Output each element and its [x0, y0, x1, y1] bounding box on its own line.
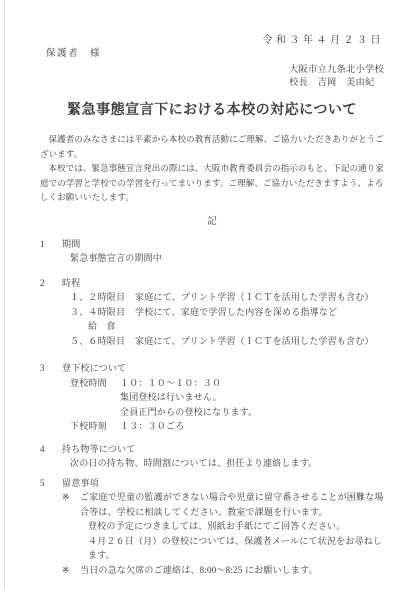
note-text: 当日の急な欠席のご連絡は、8:00～8:25 にお願いします。	[80, 563, 384, 578]
schedule-desc: 家庭にて、プリント学習（ＩＣＴを活用した学習も含む）	[135, 334, 374, 349]
schedule-label: ５、６時限目	[70, 334, 135, 349]
note-row: ※ 当日の急な欠席のご連絡は、8:00～8:25 にお願いします。	[40, 563, 384, 578]
commute-label	[70, 390, 120, 405]
commute-row: 集団登校は行いません。	[40, 390, 384, 405]
section-number: 5	[40, 476, 62, 491]
section-period: 1 期間 緊急事態宣言の期間中	[40, 237, 384, 266]
section-belongings: 4 持ち物等について 次の日の持ち物、時間割については、担任より連絡します。	[40, 442, 384, 471]
section-number: 2	[40, 276, 62, 291]
principal-name: 校長 吉岡 美由紀	[289, 77, 384, 90]
schedule-row: ５、６時限目 家庭にて、プリント学習（ＩＣＴを活用した学習も含む）	[40, 334, 384, 349]
section-heading-row: 4 持ち物等について	[40, 442, 384, 457]
schedule-label: ３、４時限目	[70, 305, 135, 320]
schedule-label: 給 食	[88, 319, 116, 334]
section-heading-row: 1 期間	[40, 237, 384, 252]
greeting-paragraph-2: 本校では、緊急事態宣言発出の際には、大阪市教育委員会の指示のもと、下記の通り家庭…	[40, 161, 384, 205]
commute-value: 集団登校は行いません。	[120, 390, 222, 405]
commute-label	[70, 405, 120, 420]
note-text: ご家庭で児童の監護ができない場合や児童に留守番させることが困難な場合等は、学校に…	[80, 490, 384, 519]
section-heading: 留意事項	[62, 476, 99, 491]
commute-value: １０：１０～１０：３０	[120, 376, 221, 391]
record-marker: 記	[40, 216, 384, 229]
section-heading: 登下校について	[62, 361, 126, 376]
section-heading: 期間	[62, 237, 80, 252]
section-body: 緊急事態宣言の期間中	[40, 251, 384, 266]
note-row: ※ ご家庭で児童の監護ができない場合や児童に留守番させることが困難な場合等は、学…	[40, 490, 384, 519]
section-notes: 5 留意事項 ※ ご家庭で児童の監護ができない場合や児童に留守番させることが困難…	[40, 476, 384, 578]
section-heading: 時程	[62, 276, 80, 291]
section-number: 1	[40, 237, 62, 252]
section-commute: 3 登下校について 登校時間 １０：１０～１０：３０ 集団登校は行いません。 全…	[40, 361, 384, 434]
note-row: 登校の予定につきましては、別紙お手紙にてご回答ください。	[40, 519, 384, 534]
note-text: 登校の予定につきましては、別紙お手紙にてご回答ください。	[88, 519, 384, 534]
schedule-desc: 家庭にて、プリント学習（ＩＣＴを活用した学習も含む）	[135, 290, 374, 305]
section-number: 3	[40, 361, 62, 376]
commute-label: 登校時間	[70, 376, 120, 391]
schedule-row: ３、４時限目 学校にて、家庭で学習した内容を深める指導など	[40, 305, 384, 320]
section-body: 次の日の持ち物、時間割については、担任より連絡します。	[40, 456, 384, 471]
section-number: 4	[40, 442, 62, 457]
commute-value: 全員正門からの登校になります。	[120, 405, 257, 420]
commute-row: 下校時刻 １３：３０ごろ	[40, 419, 384, 434]
section-heading-row: 3 登下校について	[40, 361, 384, 376]
note-marker	[70, 534, 88, 563]
section-heading-row: 5 留意事項	[40, 476, 384, 491]
addressee-line: 保護者 様	[40, 48, 384, 61]
schedule-row: １、２時限目 家庭にて、プリント学習（ＩＣＴを活用した学習も含む）	[40, 290, 384, 305]
commute-value: １３：３０ごろ	[120, 419, 184, 434]
greeting-paragraphs: 保護者のみなさまには平素から本校の教育活動にご理解、ご協力いただきありがとうござ…	[40, 132, 384, 205]
document-title: 緊急事態宣言下における本校の対応について	[40, 102, 384, 119]
commute-row: 登校時間 １０：１０～１０：３０	[40, 376, 384, 391]
schedule-desc: 学校にて、家庭で学習した内容を深める指導など	[135, 305, 337, 320]
note-marker	[70, 519, 88, 534]
greeting-paragraph-1: 保護者のみなさまには平素から本校の教育活動にご理解、ご協力いただきありがとうござ…	[40, 132, 384, 161]
note-marker: ※	[62, 490, 80, 519]
document-date: 令和３年４月２３日	[40, 34, 384, 47]
schedule-label: １、２時限目	[70, 290, 135, 305]
commute-row: 全員正門からの登校になります。	[40, 405, 384, 420]
sender-block: 大阪市立九条北小学校 校長 吉岡 美由紀	[289, 64, 384, 89]
commute-label: 下校時刻	[70, 419, 120, 434]
school-name: 大阪市立九条北小学校	[289, 64, 384, 77]
note-marker: ※	[62, 563, 80, 578]
schedule-row-lunch: 給 食	[40, 319, 384, 334]
section-schedule: 2 時程 １、２時限目 家庭にて、プリント学習（ＩＣＴを活用した学習も含む） ３…	[40, 276, 384, 349]
document-page: 令和３年４月２３日 保護者 様 大阪市立九条北小学校 校長 吉岡 美由紀 緊急事…	[0, 0, 420, 589]
section-heading: 持ち物等について	[62, 442, 135, 457]
section-heading-row: 2 時程	[40, 276, 384, 291]
note-row: ４月２６日（月）の登校については、保護者メールにて状況をお尋ねします。	[40, 534, 384, 563]
note-text: ４月２６日（月）の登校については、保護者メールにて状況をお尋ねします。	[88, 534, 384, 563]
